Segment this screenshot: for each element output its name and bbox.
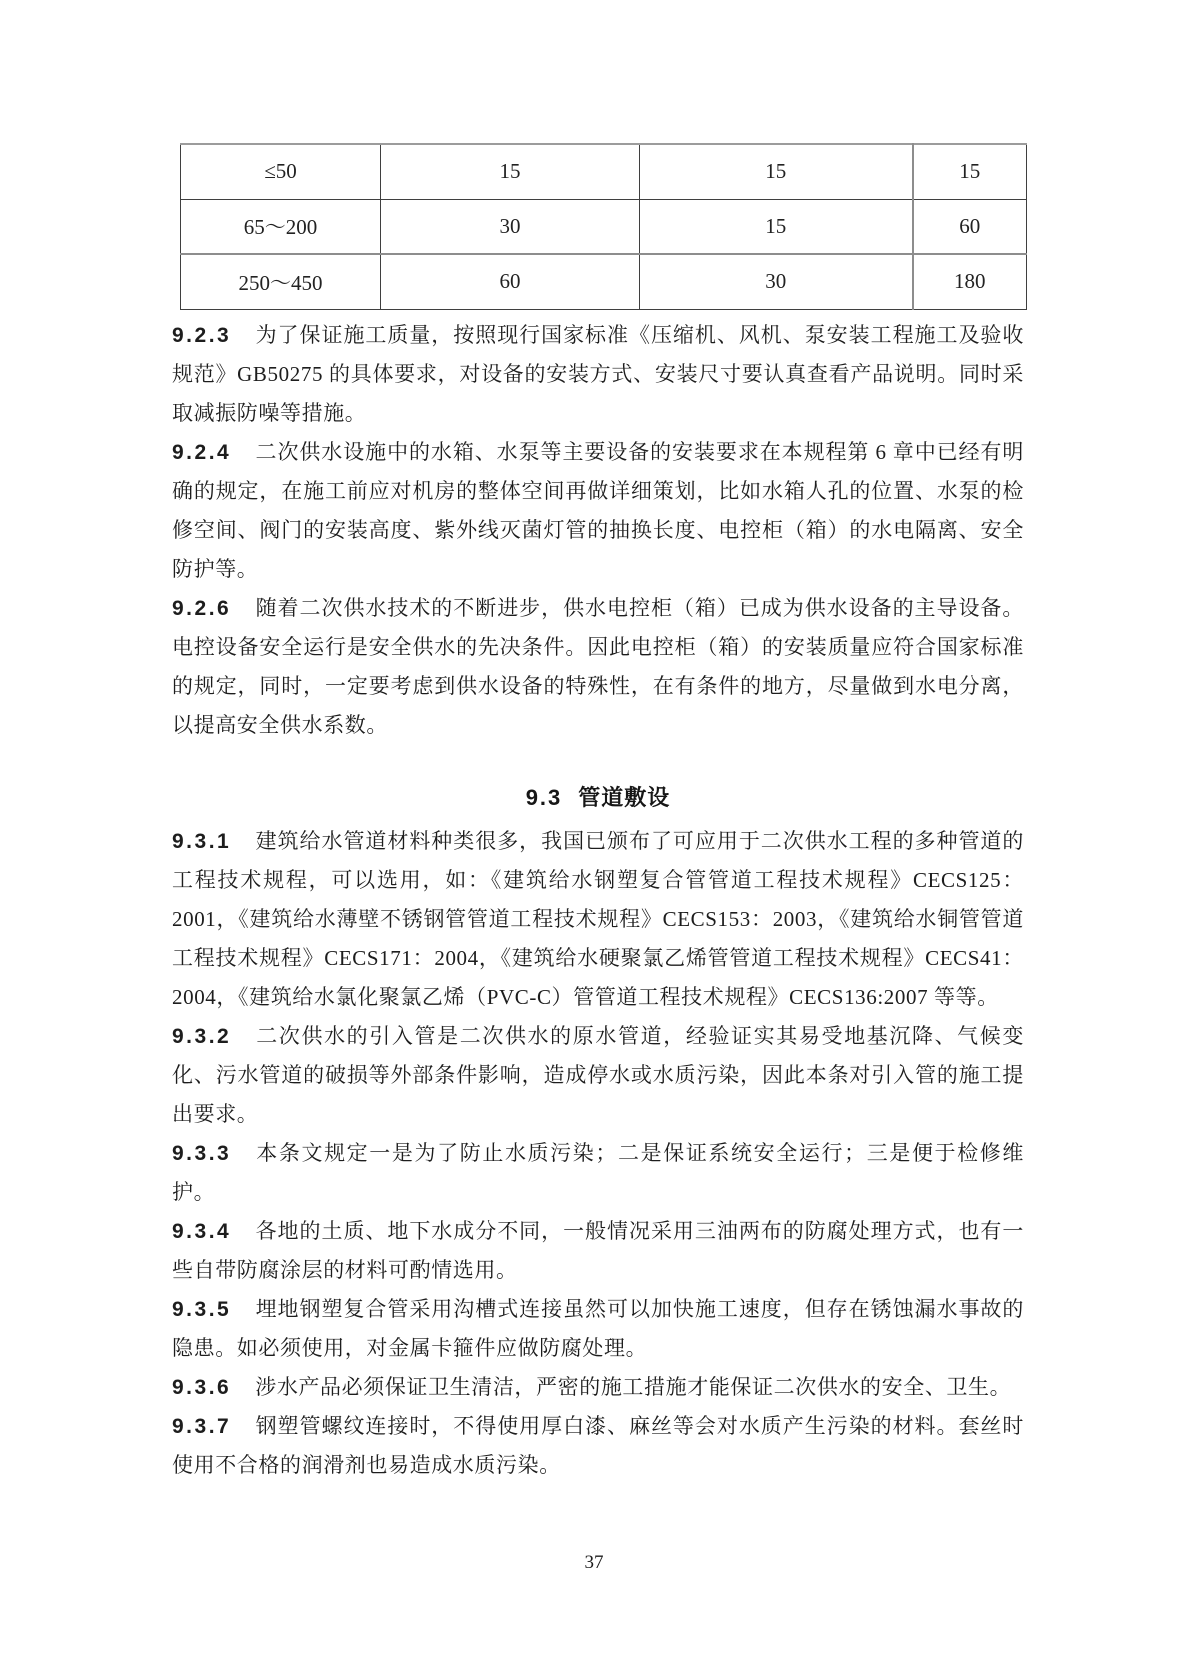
- clause-number: 9.3.5: [172, 1298, 231, 1321]
- continued-table: ≤50 15 15 15 65～200 30 15 60 250～450 60 …: [180, 143, 1027, 310]
- clause-9-3-4: 9.3.4各地的土质、地下水成分不同，一般情况采用三油两布的防腐处理方式，也有一…: [172, 1212, 1024, 1290]
- clause-number: 9.2.6: [172, 597, 231, 620]
- clause-text: 各地的土质、地下水成分不同，一般情况采用三油两布的防腐处理方式，也有一些自带防腐…: [172, 1219, 1024, 1282]
- page-content: ≤50 15 15 15 65～200 30 15 60 250～450 60 …: [172, 143, 1024, 1485]
- clause-9-2-6: 9.2.6随着二次供水技术的不断进步，供水电控柜（箱）已成为供水设备的主导设备。…: [172, 589, 1024, 745]
- clause-number: 9.3.4: [172, 1220, 231, 1243]
- table-row: 65～200 30 15 60: [181, 199, 1027, 254]
- table-row: 250～450 60 30 180: [181, 254, 1027, 309]
- clause-number: 9.3.6: [172, 1376, 231, 1399]
- section-number: 9.3: [526, 785, 563, 810]
- clause-number: 9.3.2: [172, 1025, 231, 1048]
- clause-9-3-2: 9.3.2二次供水的引入管是二次供水的原水管道，经验证实其易受地基沉降、气候变化…: [172, 1017, 1024, 1134]
- clause-number: 9.3.3: [172, 1142, 231, 1165]
- clause-9-3-5: 9.3.5埋地钢塑复合管采用沟槽式连接虽然可以加快施工速度，但存在锈蚀漏水事故的…: [172, 1290, 1024, 1368]
- table-cell: 250～450: [181, 254, 381, 309]
- table-cell: 65～200: [181, 199, 381, 254]
- clause-number: 9.3.7: [172, 1415, 231, 1438]
- table-cell: 180: [913, 254, 1027, 309]
- clause-text: 二次供水的引入管是二次供水的原水管道，经验证实其易受地基沉降、气候变化、污水管道…: [172, 1024, 1024, 1126]
- document-page: ≤50 15 15 15 65～200 30 15 60 250～450 60 …: [0, 0, 1188, 1680]
- table-cell: 15: [381, 144, 640, 199]
- clause-9-2-4: 9.2.4二次供水设施中的水箱、水泵等主要设备的安装要求在本规程第 6 章中已经…: [172, 433, 1024, 589]
- table-cell: 60: [381, 254, 640, 309]
- clause-9-3-7: 9.3.7钢塑管螺纹连接时，不得使用厚白漆、麻丝等会对水质产生污染的材料。套丝时…: [172, 1407, 1024, 1485]
- clause-text: 为了保证施工质量，按照现行国家标准《压缩机、风机、泵安装工程施工及验收规范》GB…: [172, 323, 1024, 425]
- section-title: 管道敷设: [578, 785, 670, 810]
- table-row: ≤50 15 15 15: [181, 144, 1027, 199]
- clause-text: 随着二次供水技术的不断进步，供水电控柜（箱）已成为供水设备的主导设备。电控设备安…: [172, 596, 1024, 737]
- table-cell: 60: [913, 199, 1027, 254]
- section-heading: 9.3管道敷设: [172, 781, 1024, 812]
- clause-text: 钢塑管螺纹连接时，不得使用厚白漆、麻丝等会对水质产生污染的材料。套丝时使用不合格…: [172, 1414, 1024, 1477]
- clause-9-3-6: 9.3.6涉水产品必须保证卫生清洁，严密的施工措施才能保证二次供水的安全、卫生。: [172, 1368, 1024, 1407]
- table-cell: 15: [640, 144, 913, 199]
- clause-text: 建筑给水管道材料种类很多，我国已颁布了可应用于二次供水工程的多种管道的工程技术规…: [172, 829, 1024, 1009]
- table-cell: ≤50: [181, 144, 381, 199]
- clause-9-3-1: 9.3.1建筑给水管道材料种类很多，我国已颁布了可应用于二次供水工程的多种管道的…: [172, 822, 1024, 1017]
- clause-number: 9.3.1: [172, 830, 231, 853]
- clause-text: 二次供水设施中的水箱、水泵等主要设备的安装要求在本规程第 6 章中已经有明确的规…: [172, 440, 1024, 581]
- clause-9-3-3: 9.3.3本条文规定一是为了防止水质污染；二是保证系统安全运行；三是便于检修维护…: [172, 1134, 1024, 1212]
- clause-9-2-3: 9.2.3为了保证施工质量，按照现行国家标准《压缩机、风机、泵安装工程施工及验收…: [172, 316, 1024, 433]
- table-cell: 15: [913, 144, 1027, 199]
- table-cell: 15: [640, 199, 913, 254]
- page-number: 37: [0, 1552, 1188, 1574]
- clause-number: 9.2.4: [172, 441, 231, 464]
- clause-text: 涉水产品必须保证卫生清洁，严密的施工措施才能保证二次供水的安全、卫生。: [255, 1375, 1011, 1399]
- clause-text: 埋地钢塑复合管采用沟槽式连接虽然可以加快施工速度，但存在锈蚀漏水事故的隐患。如必…: [172, 1297, 1024, 1360]
- table-cell: 30: [640, 254, 913, 309]
- clause-number: 9.2.3: [172, 324, 231, 347]
- table-cell: 30: [381, 199, 640, 254]
- clause-text: 本条文规定一是为了防止水质污染；二是保证系统安全运行；三是便于检修维护。: [172, 1141, 1024, 1204]
